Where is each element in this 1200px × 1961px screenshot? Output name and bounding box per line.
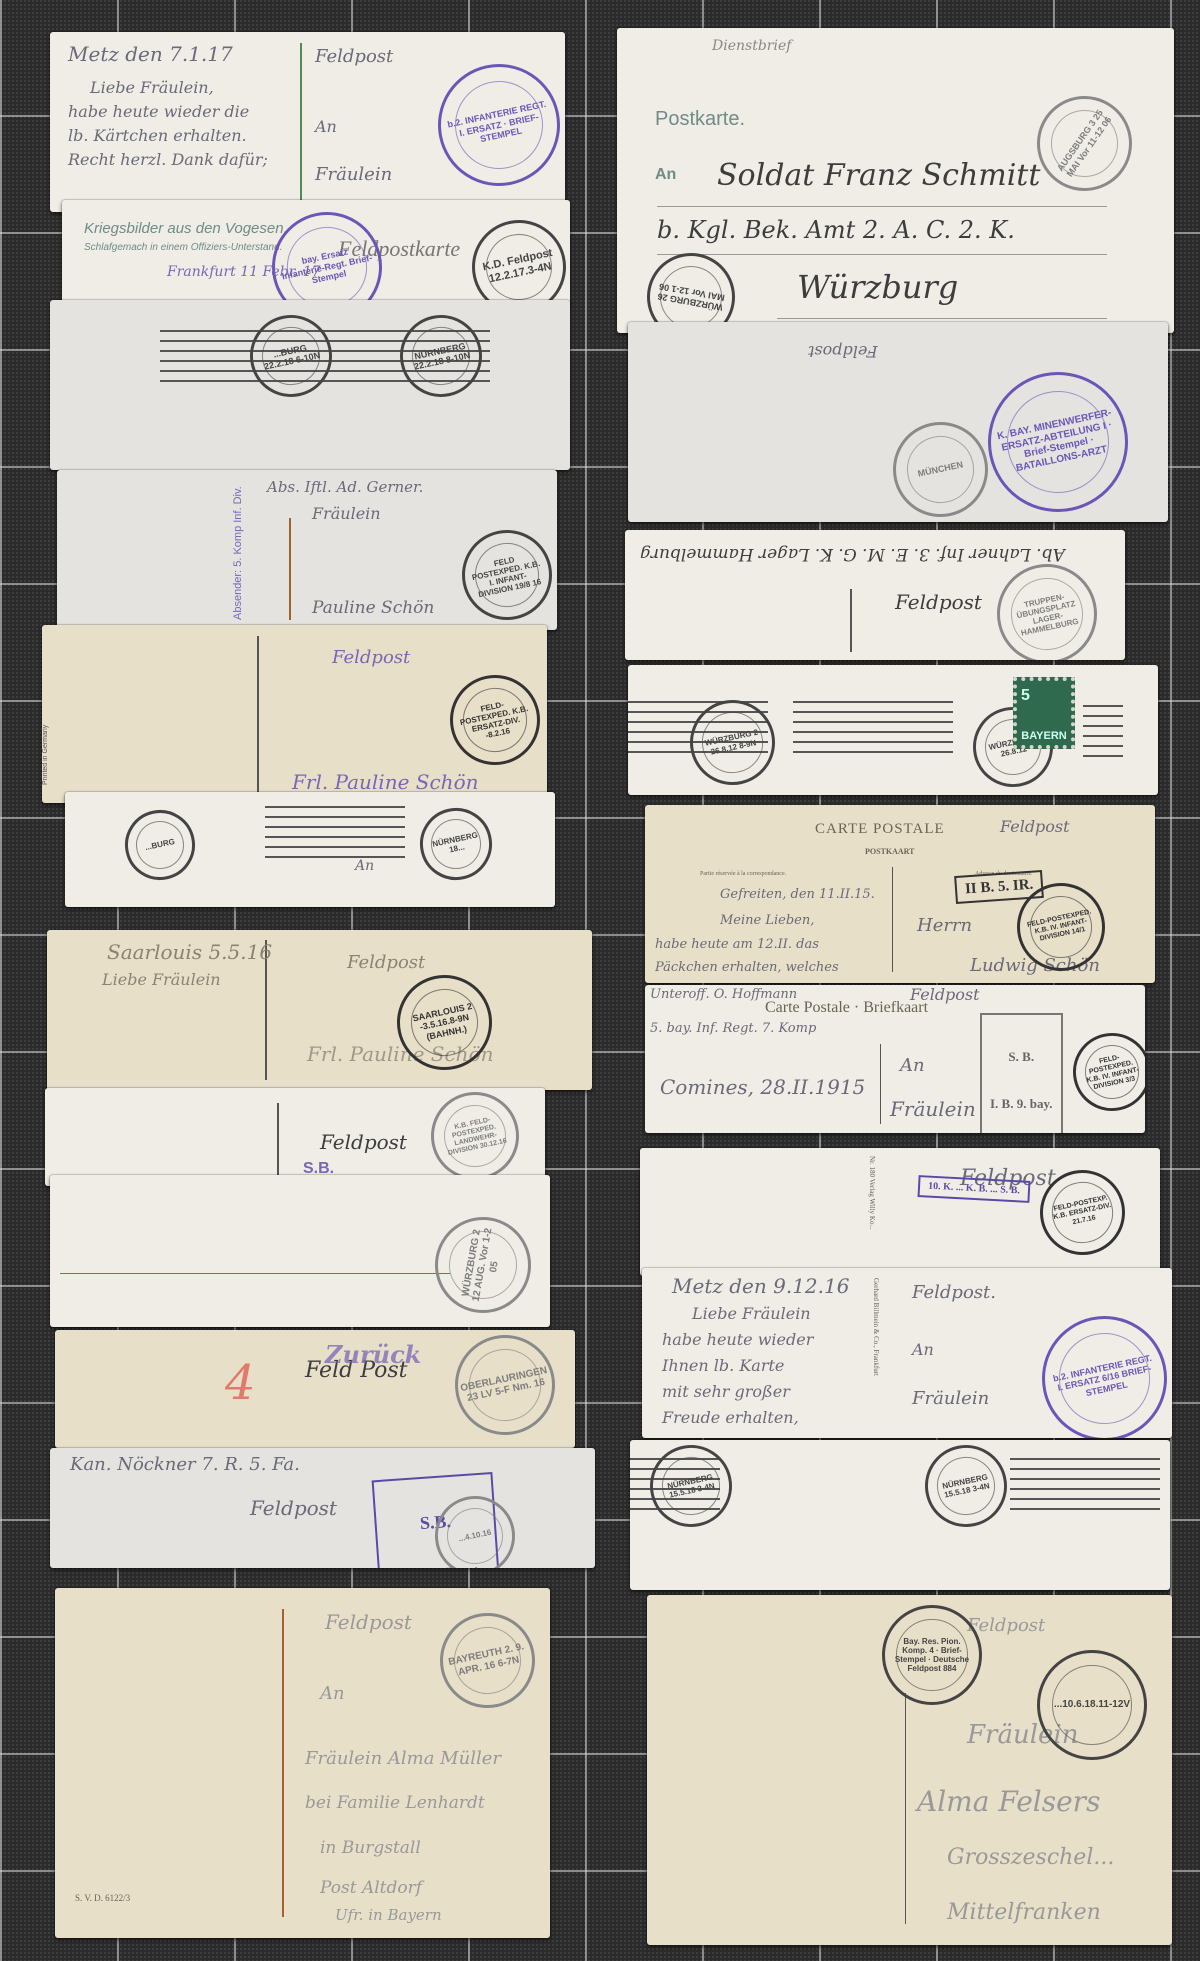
publisher-imprint: Nr. 180 Verlag Willy Ko... [868,1156,876,1230]
machine-cancel-lines [265,806,405,866]
handwriting-line: Liebe Fräulein, [90,76,214,100]
address-rule [657,254,1107,255]
zurueck-mark: Zurück [325,1340,421,1369]
address-an: An [315,117,337,136]
cancel-postmark: ...BURG [118,803,201,886]
address-rule [657,206,1107,207]
handwriting-line: Comines, 28.II.1915 [660,1075,865,1099]
publisher-imprint: Gerhard Billmein & Co., Frankfurt [872,1278,880,1376]
address-recipient: Fräulein [912,1388,989,1409]
handwriting-date: Metz den 7.1.17 [68,42,233,66]
handwriting-line: Liebe Fräulein [102,968,221,992]
sb-label: S. B. [990,1049,1053,1065]
address-feldpost: Feldpost [320,1130,407,1154]
postcard-l3: ...BURG 22.2.18 6-10N NÜRNBERG 22.2.18 8… [50,300,570,470]
address-feldpost: Feldpost [808,342,878,361]
handwriting-line: Meine Lieben, [720,913,814,928]
divider [892,867,893,972]
handwriting-line: lb. Kärtchen erhalten. [68,124,247,148]
divider [289,518,291,620]
handwriting-date: Saarlouis 5.5.16 [107,940,272,964]
pionier-brief-stempel: Bay. Res. Pion. Komp. 4 · Brief-Stempel … [882,1605,982,1705]
address-line: Fräulein Alma Müller [305,1748,501,1769]
address-recipient: Fräulein [890,1097,976,1121]
address-city: Würzburg [797,268,958,306]
absender-stamp: Absender: 5. Komp Inf. Div. [232,486,244,620]
divider [905,1693,906,1924]
address-feldpost: Feldpost [967,1615,1045,1636]
wuerzburg-arrival-postmark: WÜRZBURG 26 MAI Vor 12-1 06 [640,246,742,333]
oberlauringen-postmark: OBERLAURINGEN 23 LV 5-F Nm. 16 [446,1330,565,1444]
date-postmark: ...10.6.18.11-12V [1037,1650,1147,1760]
divider [300,43,302,201]
address-feldpost: Feldpost [895,590,982,614]
address-feldpost: Feldpost [332,647,410,668]
feldpost-iv-division-stamp: FELD-POSTEXPED. K.B. IV. INFANT-DIVISION… [1066,1026,1145,1119]
unit-label: I. B. 9. bay. [990,1096,1053,1112]
address-feldpost: Feldpost [910,985,980,1004]
address-line: Fräulein [312,504,381,523]
postcard-r2: Feldpost MÜNCHEN K. BAY. MINENWERFER-ERS… [628,322,1168,522]
feldpost-ersatz-stamp: FELD-POSTEXPED. K.B. ERSATZ-DIV. -8.2.16 [442,667,547,774]
postcard-l6: ...BURG NÜRNBERG 18... An [65,792,555,907]
address-an: An [355,858,374,874]
company-box-stamp: 10. K. ... K. B. ... S. B. [918,1175,1031,1203]
postcard-l11: Kan. Nöckner 7. R. 5. Fa. Feldpost S.B. … [50,1448,595,1568]
handwriting-line: 5. bay. Inf. Regt. 7. Komp [650,1021,816,1036]
address-an: An [320,1683,345,1704]
address-rule [777,318,1107,319]
regiment-brief-stempel: b.2. INFANTERIE REGT. I. ERSATZ 6/16 BRI… [1030,1304,1172,1438]
sb-box-stamp: S. B. I. B. 9. bay. [980,1013,1063,1133]
komp-label: 5. Komp [232,526,244,567]
handwriting-line: Ihnen lb. Karte [662,1354,784,1378]
postcard-r3: Ab. Lahner Inf. 3. E. M. G. K. Lager Ham… [625,530,1125,660]
address-recipient: Fräulein [315,164,392,185]
handwriting-line: Recht herzl. Dank dafür; [68,148,268,172]
stamp-country: BAYERN [1017,730,1071,742]
handwriting-line: habe heute am 12.II. das [655,937,819,952]
postcard-l8: Feldpost S.B. K.B. FELD-POSTEXPED. LANDW… [45,1088,545,1186]
postcard-l4: Abs. Iftl. Ad. Gerner. Fräulein Pauline … [57,470,557,630]
cancel-postmark: NÜRNBERG 18... [413,801,498,886]
address-feldpost: Feldpost [315,46,393,67]
ersatz-brief-stempel: bay. Ersatz Infanterie-Regt. Brief-Stemp… [262,202,392,306]
sender-handwriting: Kan. Nöckner 7. R. 5. Fa. [70,1454,300,1475]
address-line: Pauline Schön [312,598,434,618]
divider [850,589,852,653]
printed-postkarte: Postkarte. [655,108,745,131]
lager-hammelburg-postmark: TRUPPEN-ÜBUNGSPLATZ LAGER-HAMMELBURG [988,555,1107,660]
address-line: Alma Felsers [917,1785,1100,1818]
postcard-r5: CARTE POSTALE POSTKAART Partie réservée … [645,805,1155,983]
printed-postkaart: POSTKAART [865,847,915,856]
address-line: Ufr. in Bayern [335,1906,442,1924]
cancel-postmark: NÜRNBERG 22.2.18 8-10N [392,307,489,404]
address-feldpost: Feldpost [325,1610,412,1634]
machine-cancel-lines [1083,705,1123,765]
postcard-r7: Nr. 180 Verlag Willy Ko... Feldpost 10. … [640,1148,1160,1276]
landwehr-division-stamp: K.B. FELD-POSTEXPED. LANDWEHR-DIVISION 3… [423,1088,527,1186]
address-line: Post Altdorf [320,1878,422,1898]
nuernberg-cancel: NÜRNBERG 15.5.18 3-4N [642,1440,739,1535]
address-line: Mittelfranken [947,1900,1101,1925]
divider [282,1609,284,1917]
address-an: An [912,1340,934,1359]
absender-label: Absender: [232,570,244,620]
postcard-r10: Feldpost Fräulein Alma Felsers Grosszesc… [647,1595,1172,1945]
address-feldpost: Feldpost [1000,817,1070,836]
postcard-l5: Feldpost Frl. Pauline Schön Printed in G… [42,625,547,803]
address-recipient: Frl. Pauline Schön [292,770,478,794]
printed-correspondence: Partie réservée à la correspondance. [700,871,786,877]
handwriting-date: Metz den 9.12.16 [672,1274,849,1298]
postcard-l2: Kriegsbilder aus den Vogesen. Schlafgema… [62,200,570,306]
handwriting-line: Liebe Fräulein [692,1302,811,1326]
machine-cancel-lines [1010,1458,1160,1518]
address-unit: b. Kgl. Bek. Amt 2. A. C. 2. K. [657,216,1015,244]
publisher-code: S. V. D. 6122/3 [75,1893,130,1903]
address-herrn: Herrn [917,915,972,936]
printed-in-germany: Printed in Germany [42,725,49,785]
postcard-r8: Metz den 9.12.16 Liebe Fräulein habe heu… [642,1268,1172,1438]
bavaria-5pf-postage-stamp: 5 BAYERN [1013,677,1075,749]
nuernberg-cancel: NÜRNBERG 15.5.18 3-4N [917,1440,1014,1535]
machine-cancel-lines [793,701,953,761]
divider [257,636,259,793]
divider [277,1103,279,1180]
postcard-r9: NÜRNBERG 15.5.18 3-4N NÜRNBERG 15.5.18 3… [630,1440,1170,1590]
handwriting-line: habe heute wieder die [68,100,249,124]
stamp-value: 5 [1021,687,1030,705]
postcard-r1: Postkarte. An Dienstbrief Soldat Franz S… [617,28,1174,333]
postcard-l10: Feld Post Zurück 4 OBERLAURINGEN 23 LV 5… [55,1330,575,1448]
postcard-r4: WÜRZBURG 2 26.8.12 8-9N WÜRZBURG 26.8.12… [628,665,1158,795]
address-line: Grosszeschel... [947,1845,1114,1870]
postcard-l9: WÜRZBURG 2 12 AUG. Vor 1-2 05 [50,1175,550,1327]
address-feldpost: Feldpost. [912,1282,996,1303]
address-an: An [900,1055,925,1076]
handwriting-line: Freude erhalten, [662,1406,799,1430]
printed-title: Kriegsbilder aus den Vogesen. [84,220,288,237]
address-rule [60,1273,450,1274]
printed-carte-postale: CARTE POSTALE [815,821,945,838]
div-label: Inf. Div. [232,486,244,522]
cancel-postmark: ...BURG 22.2.18 6-10N [242,307,339,404]
handwriting-line: Päckchen erhalten, welches [655,960,839,975]
printed-subtitle: Schlafgemach in einem Offiziers-Untersta… [84,242,282,253]
sender-handwriting: Abs. Iftl. Ad. Gerner. [267,478,423,496]
dienstbrief-note: Dienstbrief [712,38,791,54]
wuerzburg-postmark: WÜRZBURG 2 12 AUG. Vor 1-2 05 [427,1209,538,1320]
regiment-stamp: b.2. INFANTERIE REGT. I. ERSATZ · BRIEF-… [427,53,565,198]
printed-an: An [655,166,676,184]
divider [880,1044,881,1124]
minenwerfer-brief-stempel: K. BAY. MINENWERFER-ERSATZ-ABTEILUNG I ·… [975,359,1141,522]
handwriting-line: habe heute wieder [662,1328,813,1352]
postcard-l1: Metz den 7.1.17 Liebe Fräulein, habe heu… [50,32,565,212]
postcard-r6: Carte Postale · Briefkaart Feldpost Unte… [645,985,1145,1133]
address-name: Soldat Franz Schmitt [717,158,1040,193]
postcard-l12: Feldpost An Fräulein Alma Müller bei Fam… [55,1588,550,1938]
feldpost-expedition-stamp: FELD POSTEXPED. K.B. I. INFANT-DIVISION … [454,522,557,629]
kd-feldpost-stamp: K.D. Feldpost 12.2.17.3-4N [463,211,570,306]
red-pencil-mark: 4 [225,1355,256,1411]
address-line: bei Familie Lenhardt [305,1793,485,1813]
postcard-l7: Saarlouis 5.5.16 Liebe Fräulein Feldpost… [47,930,592,1090]
address-line: in Burgstall [320,1838,421,1858]
handwriting-line: Gefreiten, den 11.II.15. [720,887,875,902]
bayreuth-postmark: BAYREUTH 2. 9. APR. 16 6-7N [431,1604,544,1717]
handwriting-line: mit sehr großer [662,1380,790,1404]
sender-handwriting: Ab. Lahner Inf. 3. E. M. G. K. Lager Ham… [640,544,1065,564]
address-feldpost: Feldpost [347,952,425,973]
address-feldpost: Feldpost [250,1496,337,1520]
muenchen-postmark: MÜNCHEN [884,413,997,522]
handwriting-line: Unteroff. O. Hoffmann [650,987,797,1002]
